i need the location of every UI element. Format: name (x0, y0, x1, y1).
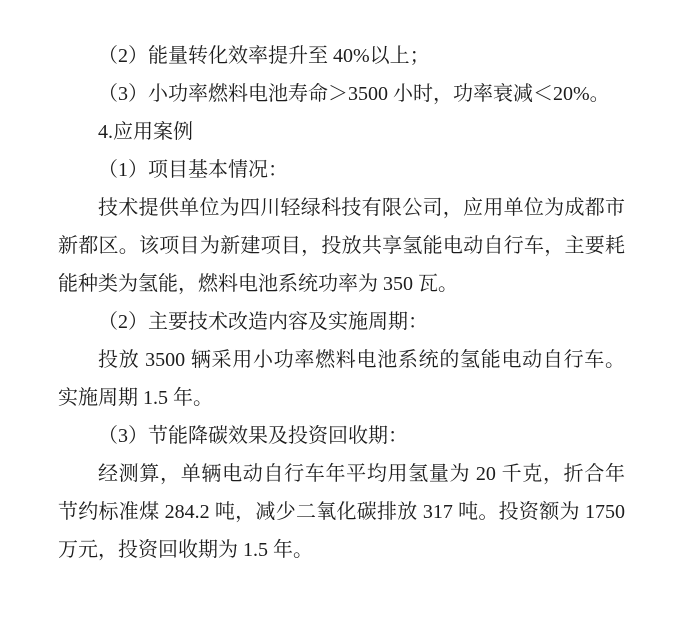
paragraph-line: 能种类为氢能，燃料电池系统功率为 350 瓦。 (58, 265, 625, 303)
paragraph-line: 新都区。该项目为新建项目，投放共享氢能电动自行车，主要耗 (58, 227, 625, 265)
paragraph-line: 节约标准煤 284.2 吨，减少二氧化碳排放 317 吨。投资额为 1750 (58, 493, 625, 531)
paragraph-line: （3）小功率燃料电池寿命＞3500 小时，功率衰减＜20%。 (58, 75, 625, 113)
paragraph-line: （1）项目基本情况： (58, 151, 625, 189)
paragraph-line: 万元，投资回收期为 1.5 年。 (58, 531, 625, 569)
paragraph-line: 经测算，单辆电动自行车年平均用氢量为 20 千克，折合年 (58, 455, 625, 493)
paragraph-line: 实施周期 1.5 年。 (58, 379, 625, 417)
document-text-block: （2）能量转化效率提升至 40%以上； （3）小功率燃料电池寿命＞3500 小时… (58, 37, 625, 569)
paragraph-line: 投放 3500 辆采用小功率燃料电池系统的氢能电动自行车。 (58, 341, 625, 379)
paragraph-line: （2）能量转化效率提升至 40%以上； (58, 37, 625, 75)
paragraph-line: 技术提供单位为四川轻绿科技有限公司，应用单位为成都市 (58, 189, 625, 227)
section-heading: 4.应用案例 (58, 113, 625, 151)
document-page: （2）能量转化效率提升至 40%以上； （3）小功率燃料电池寿命＞3500 小时… (0, 0, 687, 618)
paragraph-line: （3）节能降碳效果及投资回收期： (58, 417, 625, 455)
paragraph-line: （2）主要技术改造内容及实施周期： (58, 303, 625, 341)
